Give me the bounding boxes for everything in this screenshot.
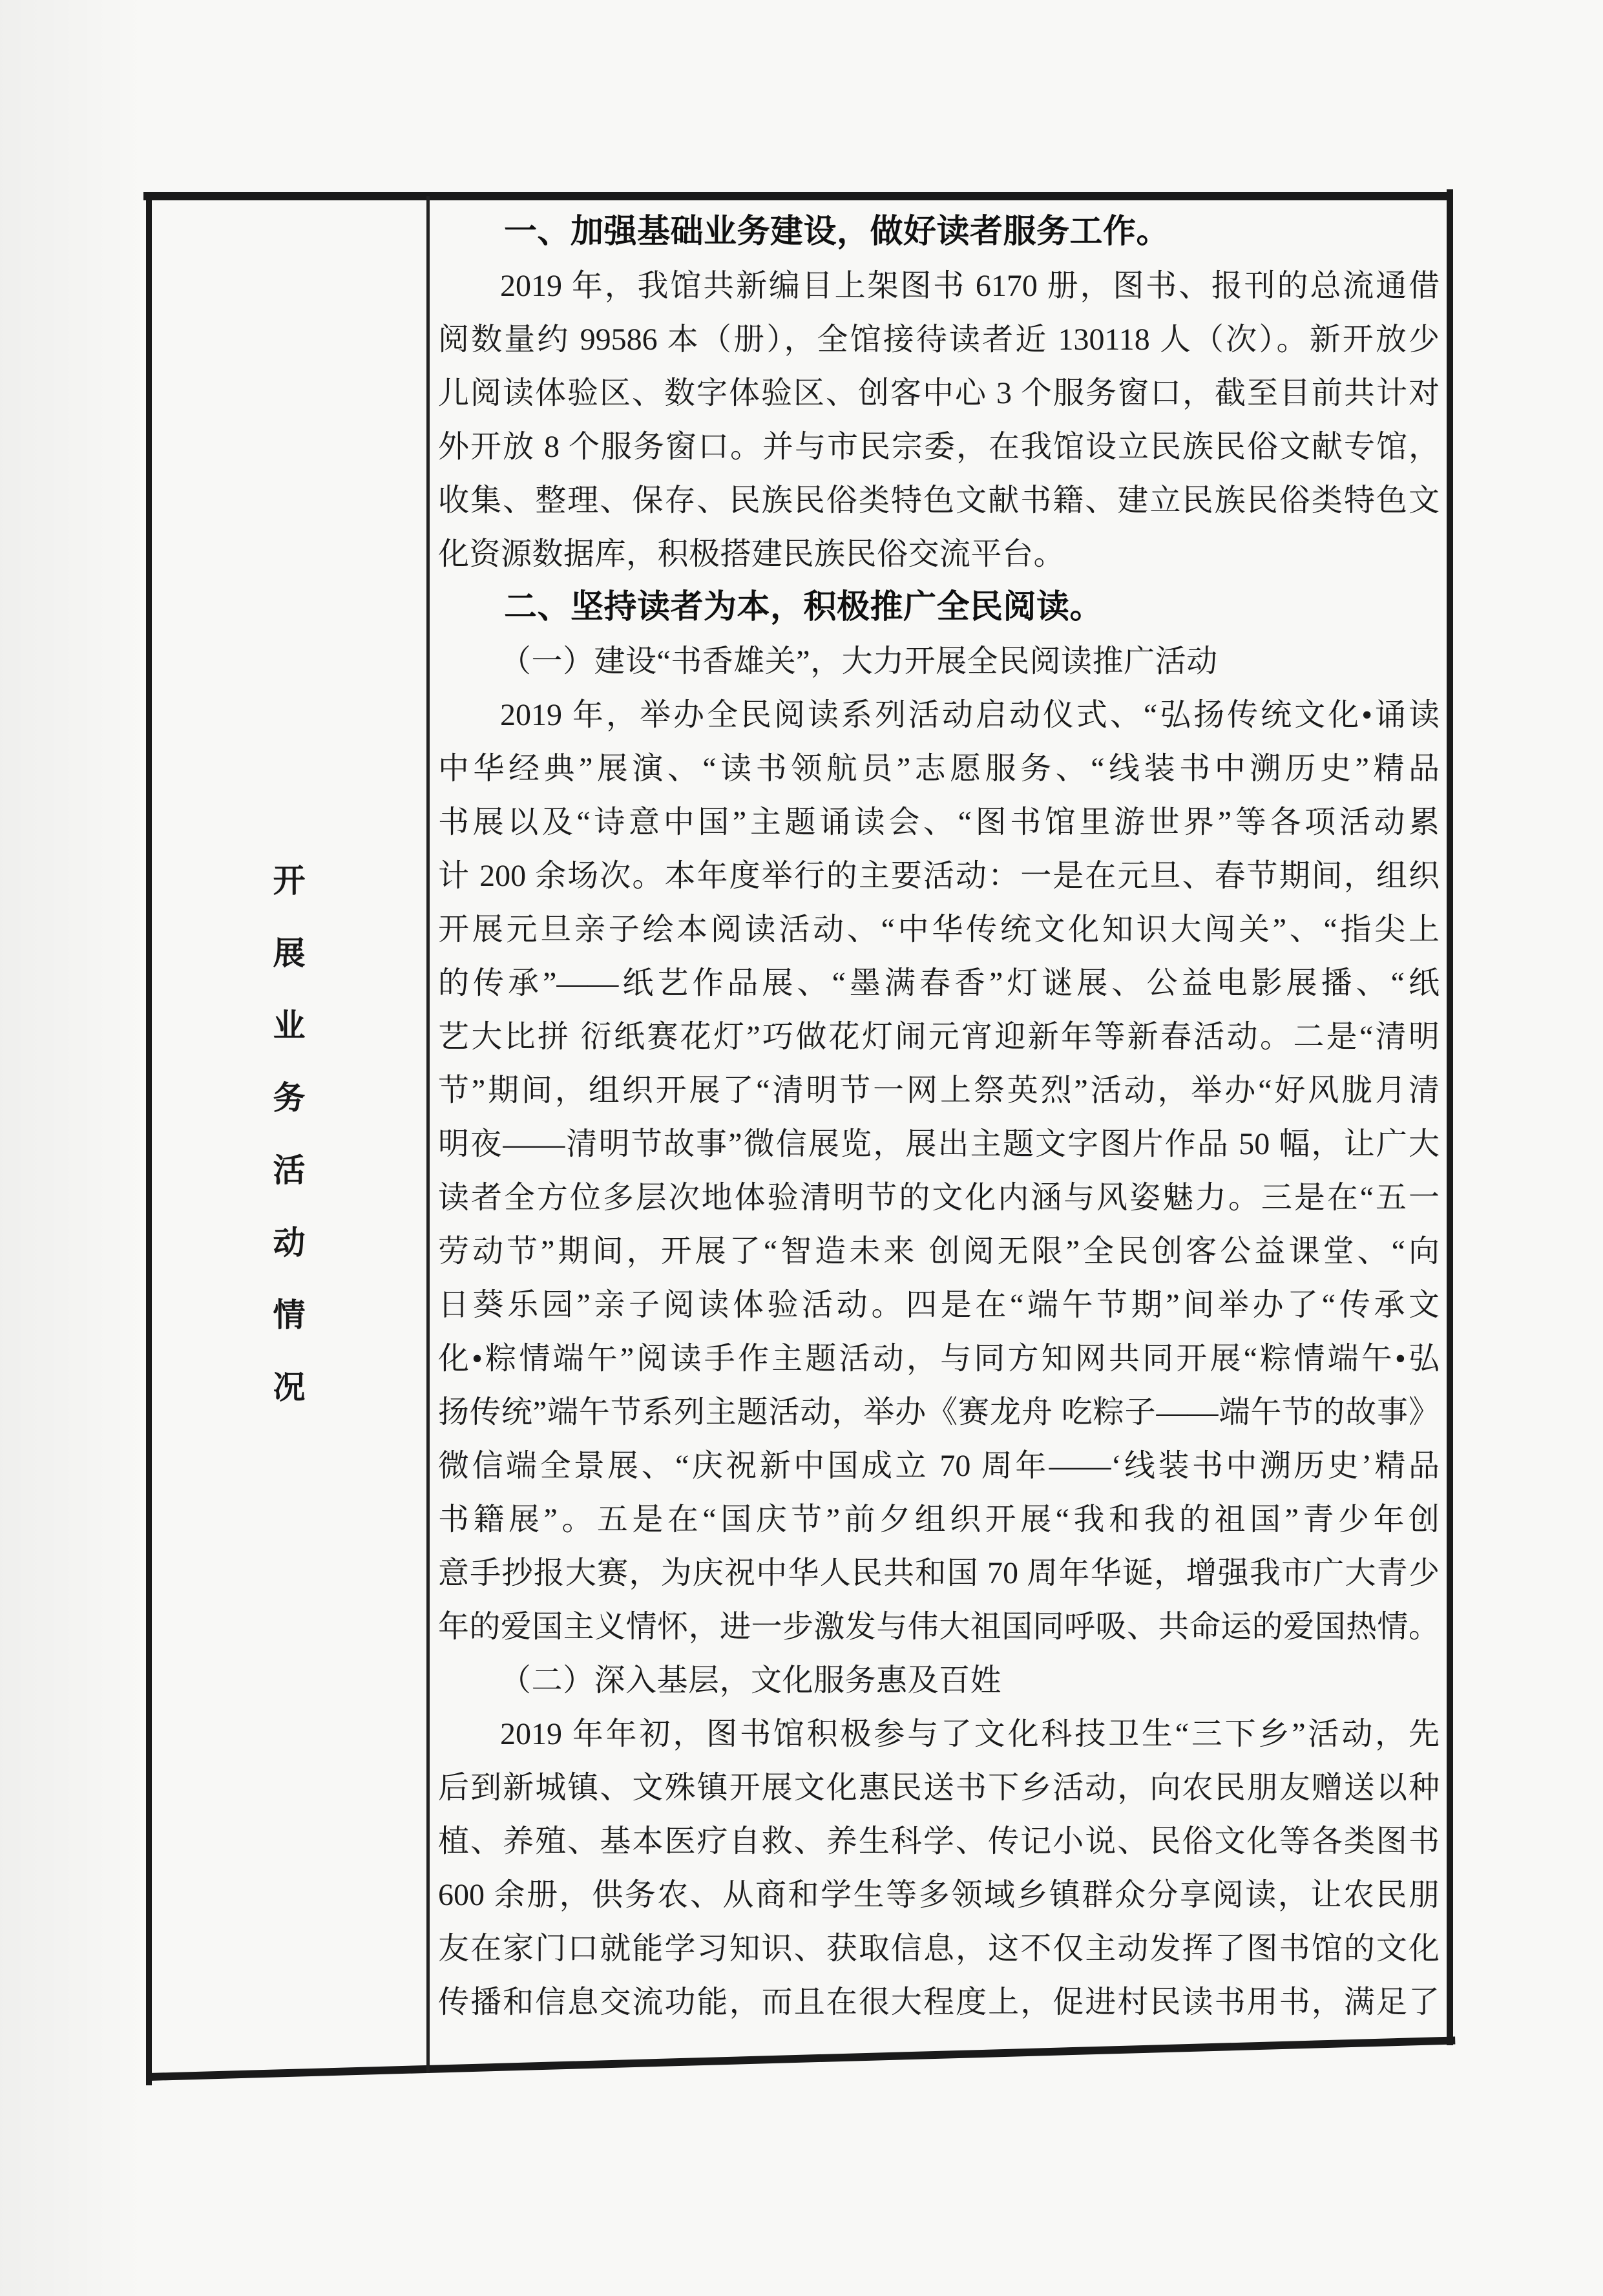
text-line: 意手抄报大赛，为庆祝中华人民共和国 70 周年华诞，增强我市广大青少 [438, 1546, 1440, 1600]
text-line: 劳动节”期间，开展了“智造未来 创阅无限”全民创客公益课堂、“向 [438, 1225, 1440, 1278]
text-line: 的传承”——纸艺作品展、“墨满春香”灯谜展、公益电影展播、“纸 [438, 956, 1440, 1010]
text-line: 艺大比拼 衍纸赛花灯”巧做花灯闹元宵迎新年等新春活动。二是“清明 [438, 1010, 1440, 1064]
text-line: 书展以及“诗意中国”主题诵读会、“图书馆里游世界”等各项活动累 [438, 795, 1440, 849]
text-line: 化资源数据库，积极搭建民族民俗交流平台。 [438, 527, 1440, 581]
row-header-char: 况 [273, 1371, 306, 1404]
text-line: 日葵乐园”亲子阅读体验活动。四是在“端午节期”间举办了“传承文 [438, 1278, 1440, 1332]
text-line: 读者全方位多层次地体验清明节的文化内涵与风姿魅力。三是在“五一 [438, 1171, 1440, 1225]
text-line: （二）深入基层，文化服务惠及百姓 [438, 1654, 1440, 1707]
table-left-border [146, 192, 152, 2085]
scan-edge-shading [0, 0, 145, 2296]
row-header-char: 活 [273, 1154, 306, 1186]
text-line: 植、养殖、基本医疗自救、养生科学、传记小说、民俗文化等各类图书 [438, 1815, 1440, 1868]
text-line: 友在家门口就能学习知识、获取信息，这不仅主动发挥了图书馆的文化 [438, 1922, 1440, 1975]
text-line: 传播和信息交流功能，而且在很大程度上，促进村民读书用书，满足了 [438, 1975, 1440, 2029]
text-line: 2019 年年初，图书馆积极参与了文化科技卫生“三下乡”活动，先 [438, 1707, 1440, 1761]
row-header-char: 务 [273, 1082, 306, 1114]
row-header-char: 情 [273, 1299, 306, 1331]
text-line: 明夜——清明节故事”微信展览，展出主题文字图片作品 50 幅，让广大 [438, 1117, 1440, 1171]
scanned-report-page: 开展业务活动情况 一、加强基础业务建设，做好读者服务工作。2019 年，我馆共新… [0, 0, 1603, 2296]
text-line: 节”期间，组织开展了“清明节一网上祭英烈”活动，举办“好风胧月清 [438, 1064, 1440, 1117]
text-line: 化•粽情端午”阅读手作主题活动，与同方知网共同开展“粽情端午•弘 [438, 1332, 1440, 1385]
text-line: 收集、整理、保存、民族民俗类特色文献书籍、建立民族民俗类特色文 [438, 474, 1440, 527]
text-line: 年的爱国主义情怀，进一步激发与伟大祖国同呼吸、共命运的爱国热情。 [438, 1600, 1440, 1654]
table-right-border [1447, 189, 1453, 2045]
row-header-char: 展 [273, 937, 306, 969]
body-text: 一、加强基础业务建设，做好读者服务工作。2019 年，我馆共新编目上架图书 61… [438, 205, 1440, 2067]
text-line: 后到新城镇、文殊镇开展文化惠民送书下乡活动，向农民朋友赠送以种 [438, 1761, 1440, 1815]
text-line: 扬传统”端午节系列主题活动，举办《赛龙舟 吃粽子——端午节的故事》 [438, 1385, 1440, 1439]
row-header-char: 动 [273, 1227, 306, 1259]
text-line: 微信端全景展、“庆祝新中国成立 70 周年——‘线装书中溯历史’精品 [438, 1439, 1440, 1493]
text-line: 计 200 余场次。本年度举行的主要活动：一是在元旦、春节期间，组织 [438, 849, 1440, 903]
text-line: （一）建设“书香雄关”，大力开展全民阅读推广活动 [438, 635, 1440, 688]
text-line: 2019 年，举办全民阅读系列活动启动仪式、“弘扬传统文化•诵读 [438, 688, 1440, 742]
row-header-char: 业 [273, 1009, 306, 1042]
text-line: 600 余册，供务农、从商和学生等多领域乡镇群众分享阅读，让农民朋 [438, 1868, 1440, 1922]
text-line: 中华经典”展演、“读书领航员”志愿服务、“线装书中溯历史”精品 [438, 742, 1440, 795]
text-line: 2019 年，我馆共新编目上架图书 6170 册，图书、报刊的总流通借 [438, 259, 1440, 313]
text-line: 阅数量约 99586 本（册），全馆接待读者近 130118 人（次）。新开放少 [438, 313, 1440, 366]
text-line: 二、坚持读者为本，积极推广全民阅读。 [438, 581, 1440, 635]
text-line: 开展元旦亲子绘本阅读活动、“中华传统文化知识大闯关”、“指尖上 [438, 903, 1440, 956]
row-header-char: 开 [273, 865, 306, 897]
row-header-cell: 开展业务活动情况 [152, 197, 426, 2071]
text-line: 一、加强基础业务建设，做好读者服务工作。 [438, 205, 1440, 259]
text-line: 儿阅读体验区、数字体验区、创客中心 3 个服务窗口，截至目前共计对 [438, 366, 1440, 420]
column-divider [426, 196, 430, 2073]
text-line: 书籍展”。五是在“国庆节”前夕组织开展“我和我的祖国”青少年创 [438, 1493, 1440, 1546]
text-line: 外开放 8 个服务窗口。并与市民宗委，在我馆设立民族民俗文献专馆， [438, 420, 1440, 474]
